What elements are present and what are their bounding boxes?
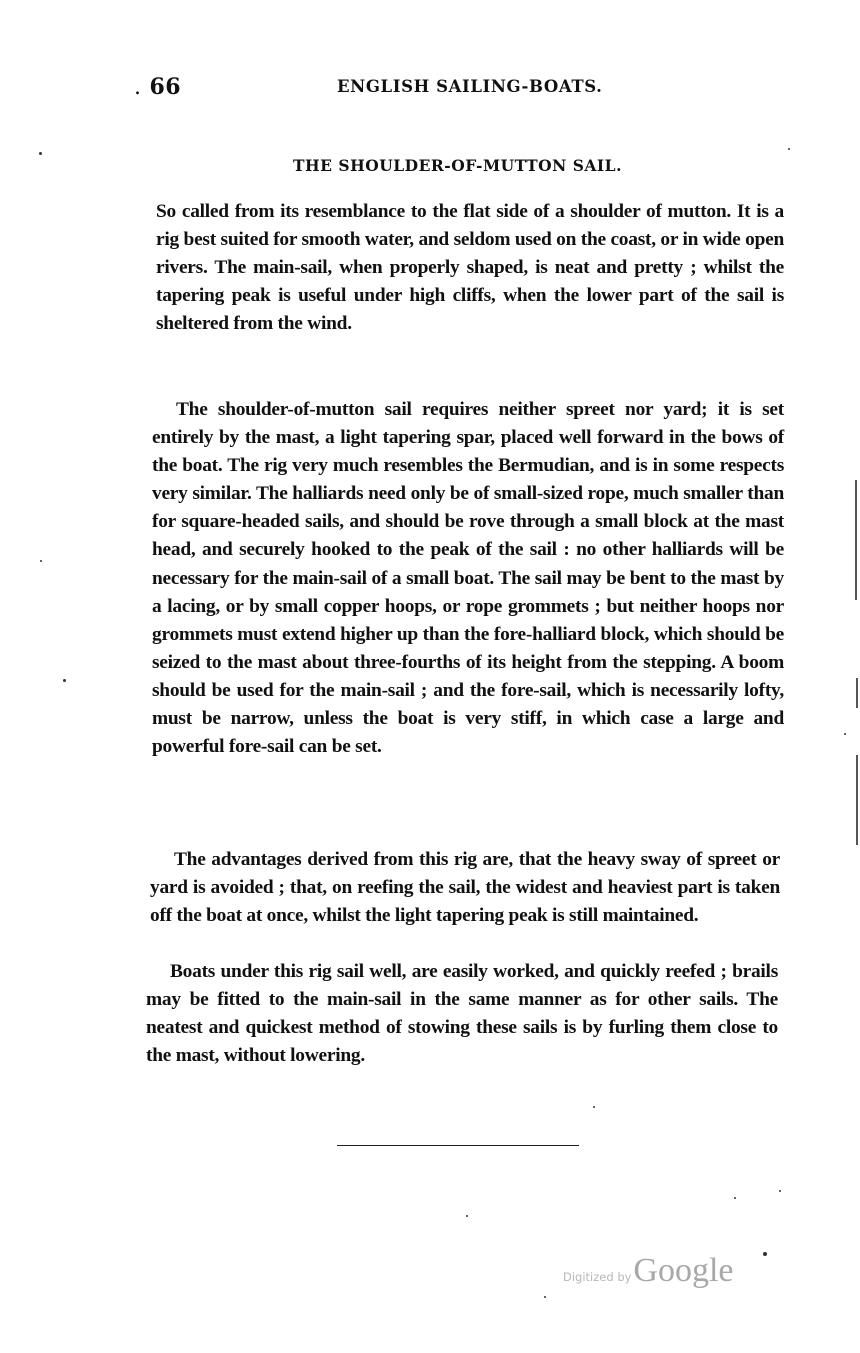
page-number: .66 [134, 74, 181, 100]
paragraph-4: Boats under this rig sail well, are easi… [146, 958, 778, 1070]
scan-speck [779, 1190, 781, 1192]
page-number-value: 66 [150, 74, 182, 100]
running-title: ENGLISH SAILING-BOATS. [337, 77, 602, 96]
paragraph-3: The advantages derived from this rig are… [150, 846, 780, 930]
page-edge-shadow [855, 480, 857, 600]
scan-speck [466, 1215, 468, 1217]
scan-speck [63, 679, 66, 682]
scan-speck [544, 1296, 546, 1298]
scan-speck [734, 1197, 736, 1199]
page-edge-shadow [856, 755, 858, 845]
paragraph-1: So called from its resemblance to the fl… [156, 198, 784, 338]
paragraph-text: Boats under this rig sail well, are easi… [146, 958, 778, 1070]
google-logo-text: Google [633, 1252, 733, 1289]
section-end-rule [337, 1145, 579, 1146]
scan-speck [593, 1106, 595, 1108]
digitized-by-google-watermark: Digitized byGoogle [563, 1252, 734, 1290]
paragraph-2: The shoulder-of-mutton sail requires nei… [152, 396, 784, 761]
scan-speck [39, 152, 42, 155]
paragraph-text: So called from its resemblance to the fl… [156, 198, 784, 338]
paragraph-text: The shoulder-of-mutton sail requires nei… [152, 396, 784, 761]
scan-speck [788, 148, 790, 150]
page-edge-shadow [856, 678, 858, 708]
section-heading: THE SHOULDER-OF-MUTTON SAIL. [293, 156, 622, 175]
watermark-prefix: Digitized by [563, 1270, 631, 1284]
running-header: .66 ENGLISH SAILING-BOATS. [134, 74, 654, 104]
scan-speck [763, 1252, 767, 1256]
scan-speck [40, 560, 42, 562]
scan-speck [844, 733, 846, 735]
paragraph-text: The advantages derived from this rig are… [150, 846, 780, 930]
